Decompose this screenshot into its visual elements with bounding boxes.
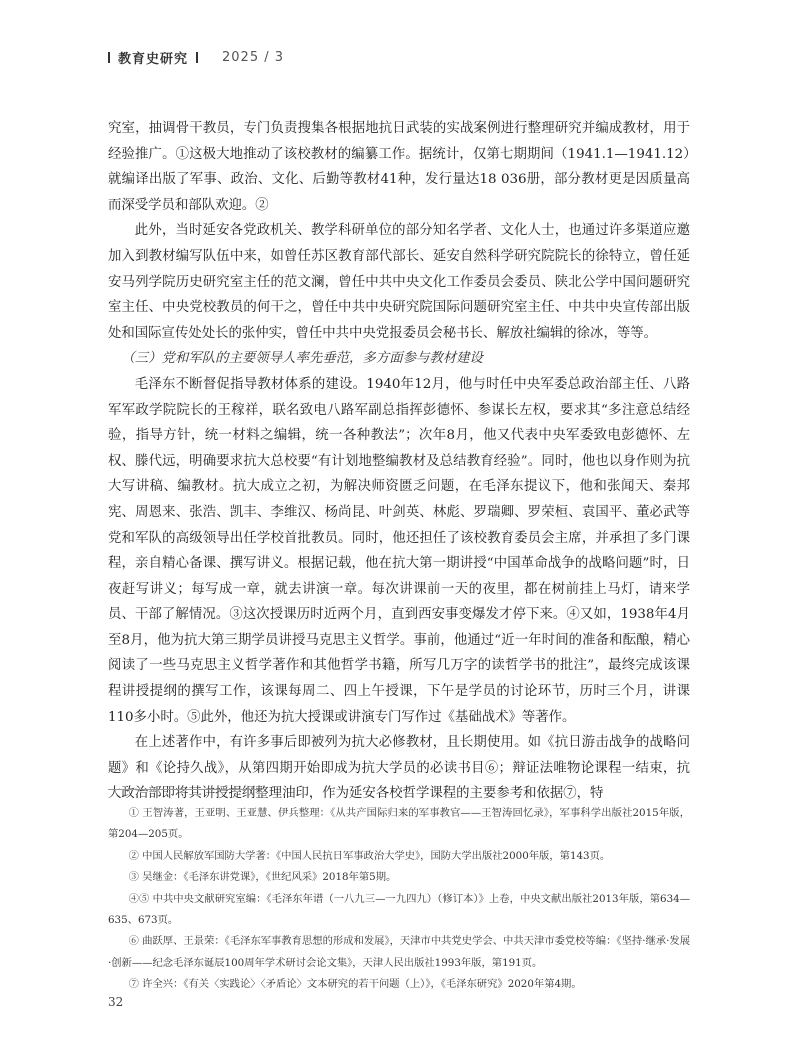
paragraph: 在上述著作中，有许多事后即被列为抗大必修教材，且长期使用。如《抗日游击战争的战略… [108, 730, 690, 807]
paragraph-continued: 究室，抽调骨干教员，专门负责搜集各根据地抗日武装的实战案例进行整理研究并编成教材… [108, 116, 690, 218]
header-bar-left [108, 52, 110, 63]
footnote-7: ⑦ 许全兴：《有关〈实践论〉〈矛盾论〉文本研究的若干问题（上）》，《毛泽东研究》… [108, 974, 690, 995]
header-bar-right [196, 52, 198, 63]
subsection-heading: （三）党和军队的主要领导人率先垂范，多方面参与教材建设 [108, 346, 690, 372]
footnote-3: ③ 吴继金：《毛泽东讲党课》，《世纪风采》2018年第5期。 [108, 867, 690, 888]
article-body: 究室，抽调骨干教员，专门负责搜集各根据地抗日武装的实战案例进行整理研究并编成教材… [108, 116, 690, 807]
footnote-2: ② 中国人民解放军国防大学著：《中国人民抗日军事政治大学史》，国防大学出版社20… [108, 846, 690, 867]
footnotes: ① 王智涛著，王亚明、王亚慧、伊兵整理：《从共产国际归来的军事教官——王智涛回忆… [108, 803, 690, 996]
footnote-separator [108, 789, 258, 790]
footnote-6: ⑥ 曲跃厚、王景荣：《毛泽东军事教育思想的形成和发展》，天津市中共党史学会、中共… [108, 931, 690, 974]
footnote-4-5: ④⑤ 中共中央文献研究室编：《毛泽东年谱（一八九三—一九四九）（修订本）》上卷，… [108, 889, 690, 932]
page-number: 32 [108, 995, 123, 1009]
issue-number: 2025 / 3 [222, 50, 284, 65]
paragraph: 毛泽东不断督促指导教材体系的建设。1940年12月，他与时任中央军委总政治部主任… [108, 372, 690, 730]
paragraph: 此外，当时延安各党政机关、教学科研单位的部分知名学者、文化人士，也通过许多渠道应… [108, 218, 690, 346]
footnote-1: ① 王智涛著，王亚明、王亚慧、伊兵整理：《从共产国际归来的军事教官——王智涛回忆… [108, 803, 690, 846]
running-header: 教育史研究 2025 / 3 [108, 48, 284, 67]
journal-title: 教育史研究 [118, 48, 188, 67]
